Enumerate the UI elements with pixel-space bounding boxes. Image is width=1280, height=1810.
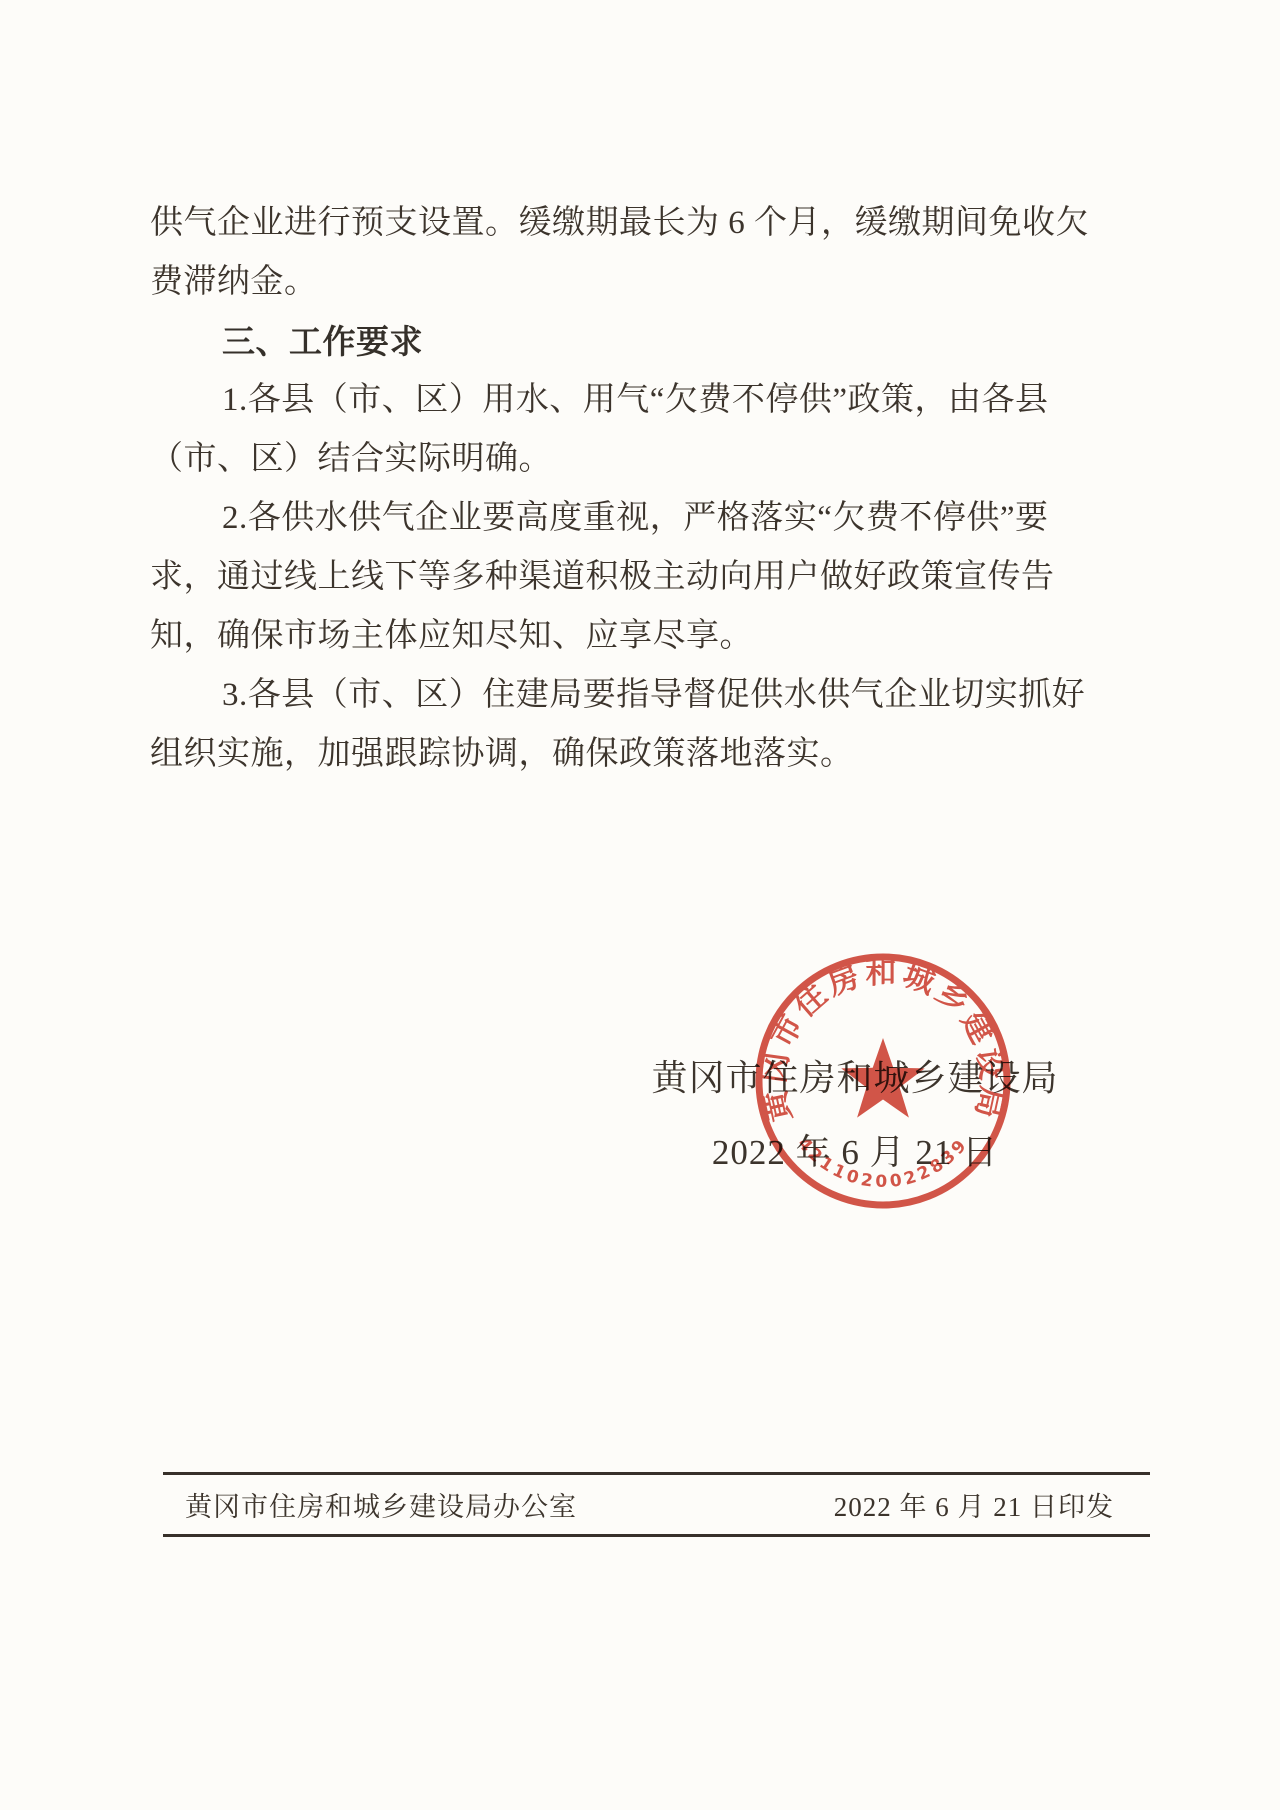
body-line: 组织实施，加强跟踪协调，确保政策落地落实。	[150, 725, 1010, 784]
body-line: 2.各供水供气企业要高度重视，严格落实“欠费不停供”要	[150, 489, 1010, 548]
section-heading: 三、工作要求	[150, 312, 1010, 371]
star-icon	[841, 1038, 925, 1118]
body-line: （市、区）结合实际明确。	[150, 430, 1010, 489]
stamp-serial: 4211020022839	[793, 1134, 972, 1192]
issuing-office: 黄冈市住房和城乡建设局办公室	[185, 1485, 577, 1524]
document-page: 供气企业进行预支设置。缓缴期最长为 6 个月，缓缴期间免收欠 费滞纳金。 三、工…	[0, 0, 1280, 1810]
official-seal-stamp: 黄冈市住房和城乡建设局 4211020022839	[752, 950, 1014, 1212]
body-line: 知，确保市场主体应知尽知、应享尽享。	[150, 607, 1010, 666]
body-line: 供气企业进行预支设置。缓缴期最长为 6 个月，缓缴期间免收欠	[150, 194, 1010, 253]
colophon-footer: 黄冈市住房和城乡建设局办公室 2022 年 6 月 21 日印发	[163, 1472, 1150, 1537]
body-line: 1.各县（市、区）用水、用气“欠费不停供”政策，由各县	[150, 371, 1010, 430]
document-body: 供气企业进行预支设置。缓缴期最长为 6 个月，缓缴期间免收欠 费滞纳金。 三、工…	[150, 194, 1010, 784]
body-line: 费滞纳金。	[150, 253, 1010, 312]
print-date: 2022 年 6 月 21 日印发	[834, 1485, 1114, 1524]
body-line: 3.各县（市、区）住建局要指导督促供水供气企业切实抓好	[150, 666, 1010, 725]
body-line: 求，通过线上线下等多种渠道积极主动向用户做好政策宣传告	[150, 548, 1010, 607]
